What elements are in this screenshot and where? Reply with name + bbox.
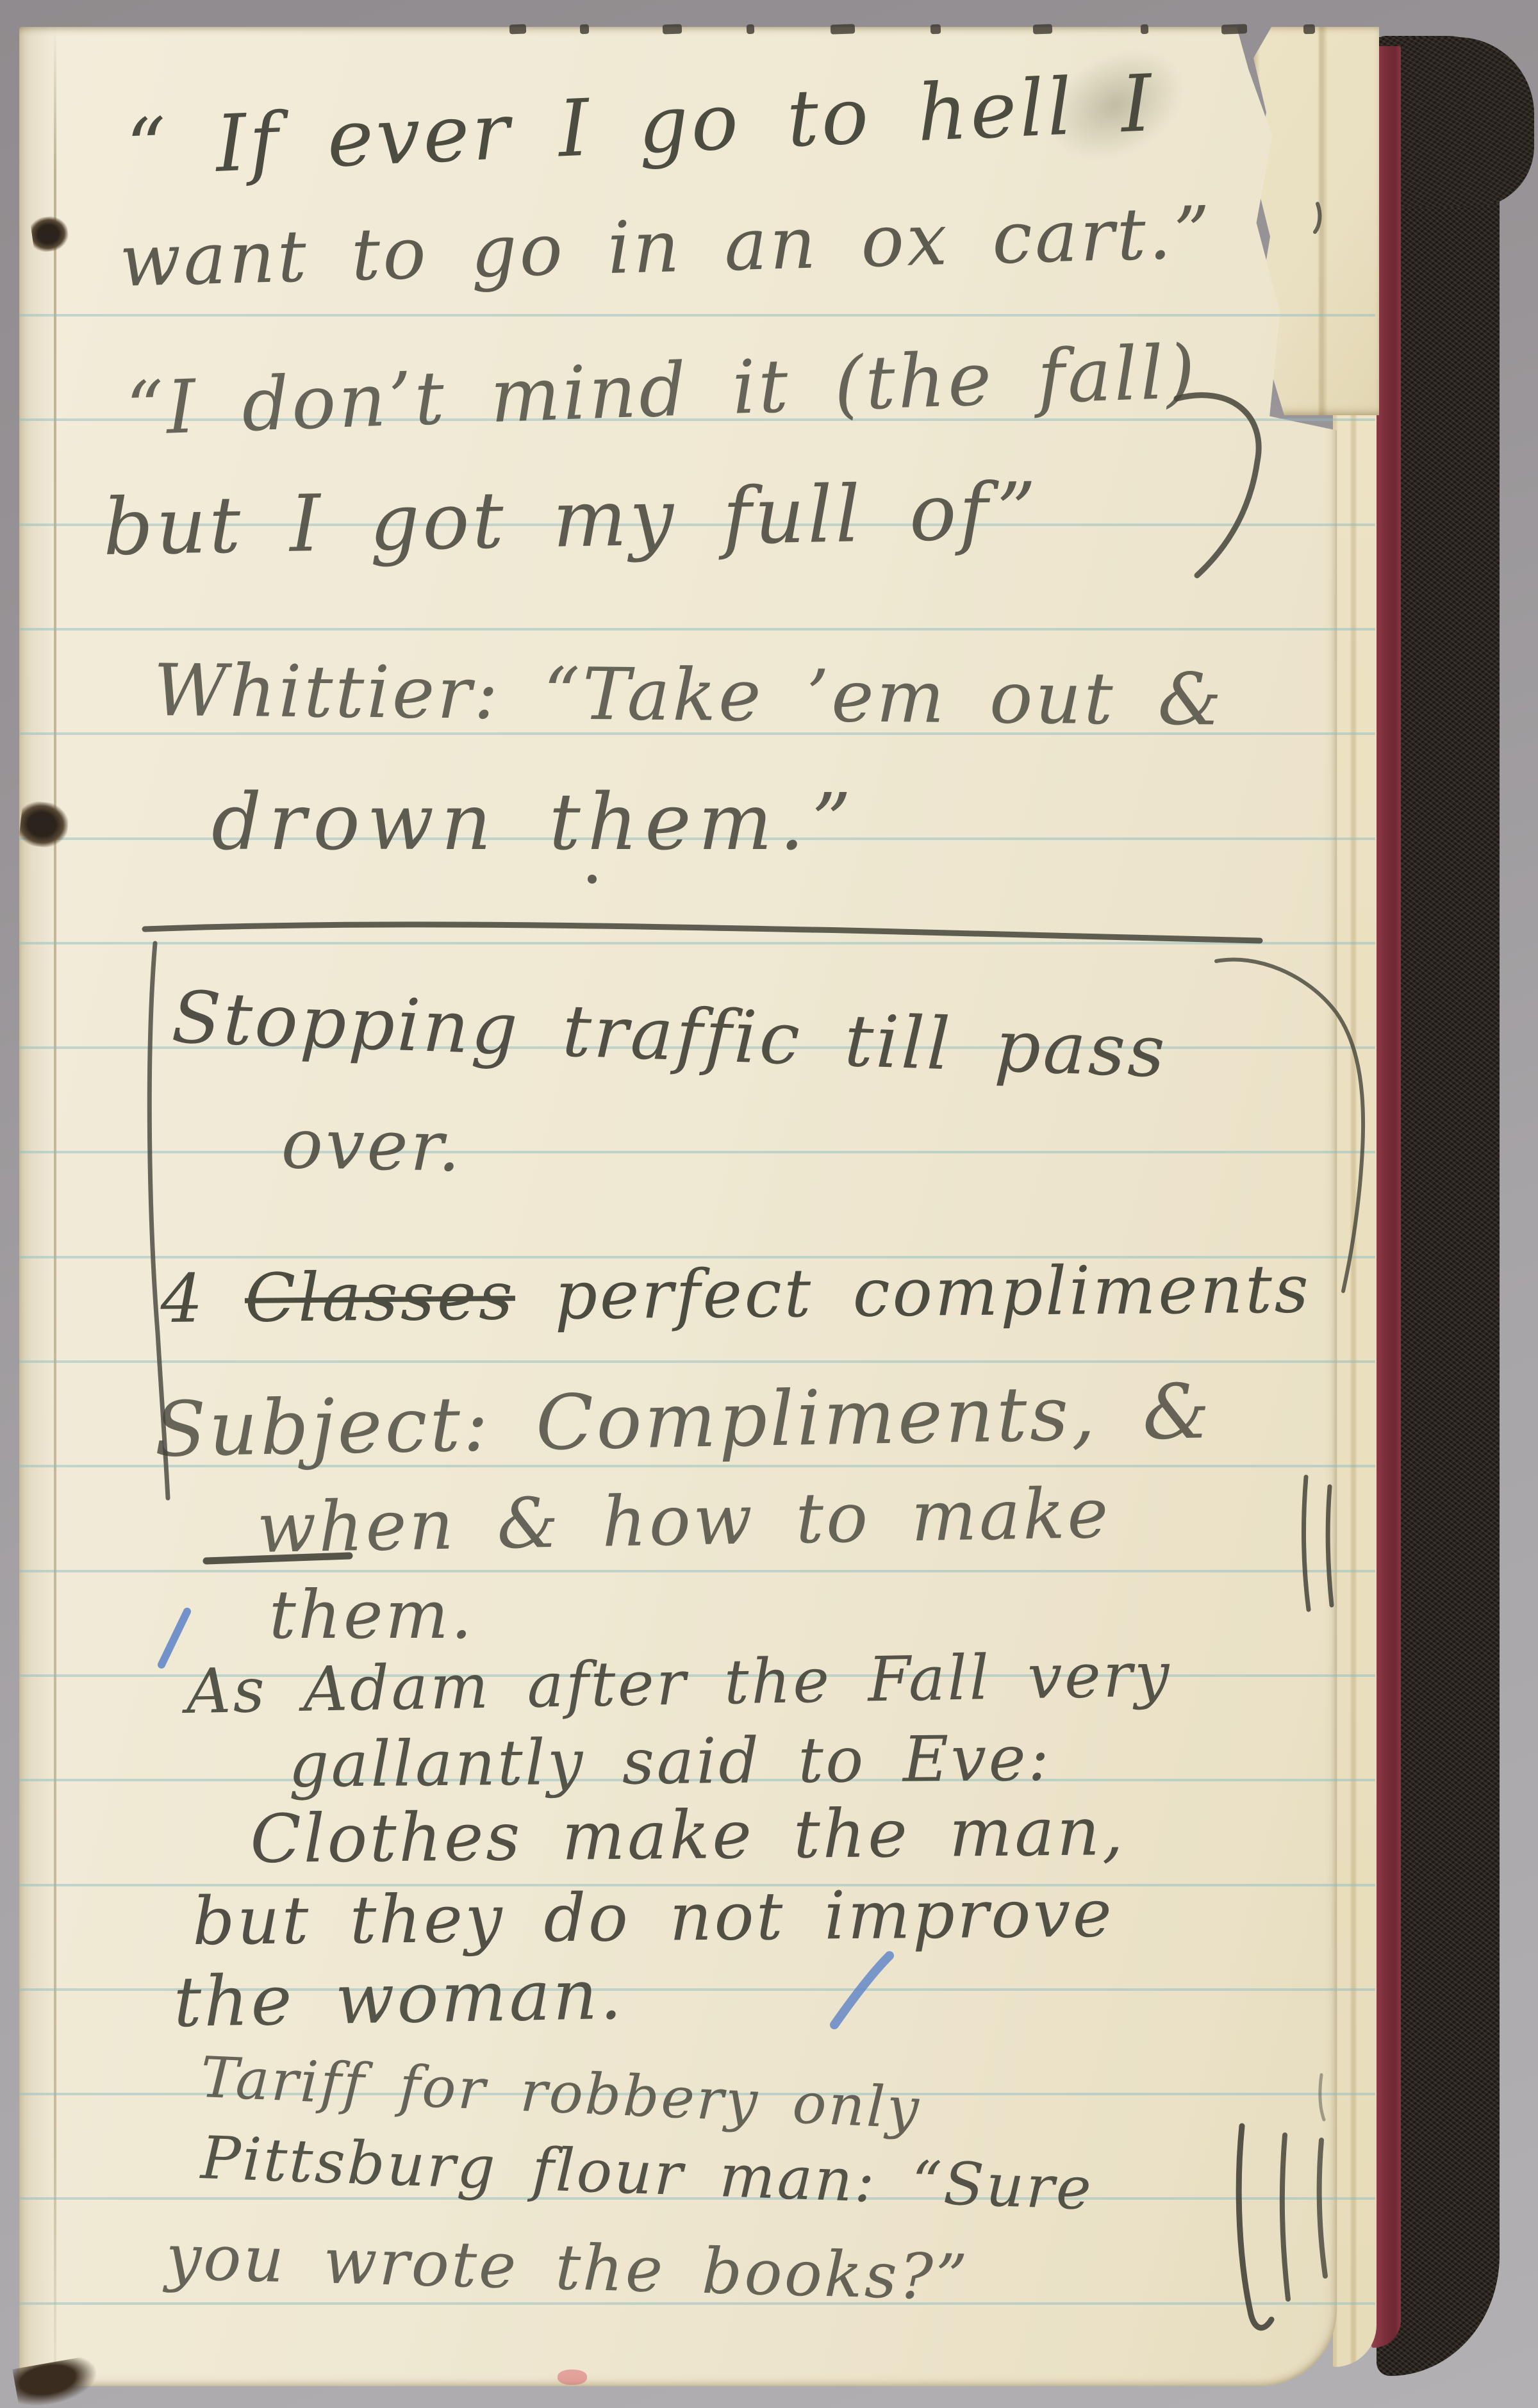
ruled-line [19, 1151, 1375, 1153]
ruled-line [19, 628, 1375, 631]
margin-stroke [1282, 2135, 1288, 2299]
page-edge-ink-fragment [1141, 24, 1149, 34]
section-bracket-right [1216, 960, 1363, 1291]
torn-corner-under-page [1251, 27, 1379, 415]
binding-fray [12, 2355, 100, 2408]
handwritten-line: Pittsburg flour man: “Sure [200, 2129, 1095, 2219]
handwritten-line: when & how to make [256, 1480, 1111, 1563]
page-edge-ink-fragment [831, 24, 856, 34]
dash-mark [206, 1556, 349, 1561]
section-bracket-left [149, 943, 168, 1498]
page-edge-ink-fragment [747, 24, 755, 34]
page-edge-ink-fragment [1221, 24, 1247, 34]
heading-rest: perfect compliments [515, 1249, 1311, 1335]
page-edge-ink-fragment [1303, 24, 1316, 35]
ruled-line [19, 1046, 1375, 1049]
ruled-line [19, 2093, 1375, 2095]
stitch-hole [19, 800, 70, 849]
ruled-line [19, 2302, 1375, 2305]
handwritten-line: Tariff for robbery only [199, 2049, 922, 2137]
ruled-line [19, 524, 1375, 526]
ruled-line [19, 2197, 1375, 2200]
handwritten-line: “I don’t mind it (the fall) [125, 336, 1199, 447]
ruled-line [19, 1570, 1375, 1572]
handwritten-line: gallantly said to Eve: [288, 1728, 1052, 1797]
ink-marks-layer [0, 0, 1538, 2408]
blue-pencil-slash [834, 1956, 889, 2025]
page-edge-ink-fragment [580, 24, 590, 34]
red-edge-glimpse [558, 2370, 587, 2385]
handwritten-line: Stopping traffic till pass [170, 982, 1168, 1088]
closing-brace-mark [1177, 395, 1259, 575]
page-edge-ink-fragments [0, 0, 1538, 38]
handwritten-line: the woman. [173, 1961, 625, 2038]
ruled-line [19, 942, 1375, 944]
ruled-line [19, 1988, 1375, 1991]
margin-stroke [1319, 2140, 1325, 2276]
ruled-line [19, 1360, 1375, 1363]
page-edge-ink-fragment [1033, 24, 1053, 34]
blue-pencil-slash [161, 1612, 187, 1665]
handwritten-line: “ If ever I go to hell I [125, 64, 1156, 187]
ruled-lines [19, 0, 1375, 2408]
handwritten-line: drown them.” [211, 783, 858, 861]
page-fore-edge-stack [1333, 29, 1377, 2367]
ruled-line [19, 1465, 1375, 1467]
double-tick-mark [1304, 1477, 1309, 1610]
handwritten-line: Whittier: “Take ’em out & [153, 655, 1225, 736]
struck-word: Classes [244, 1257, 515, 1337]
ruled-line [19, 418, 1375, 421]
double-tick-mark [1328, 1487, 1332, 1605]
page-edge-ink-fragment [930, 24, 941, 35]
scanned-notebook-photo: { "colors": { "ink": "#45443a", "blue": … [0, 0, 1538, 2408]
handwritten-line: As Adam after the Fall very [186, 1644, 1172, 1722]
handwritten-line: Subject: Compliments, & [154, 1373, 1213, 1467]
ink-smudge [1029, 27, 1202, 182]
stray-period-dot [588, 875, 597, 884]
notebook-page [19, 27, 1337, 2386]
handwritten-line: you wrote the books?” [165, 2226, 970, 2310]
ruled-line [19, 1256, 1375, 1258]
red-page-edges [1371, 46, 1401, 2348]
tear-ink-mark [1315, 204, 1319, 232]
book-binding-top-corner [1357, 37, 1534, 208]
handwritten-line: want to go in an ox cart.” [119, 197, 1214, 297]
ruled-line [19, 1779, 1375, 1781]
book-binding-cloth [1377, 36, 1500, 2376]
ruled-line [19, 732, 1375, 735]
gutter-crease [54, 28, 56, 2381]
handwritten-line: them. [269, 1581, 474, 1648]
faint-tick-mark [1320, 2075, 1324, 2120]
handwritten-line: but I got my full of” [103, 472, 1040, 566]
heading-number: 4 [160, 1259, 245, 1338]
pencil-divider-line [145, 925, 1260, 941]
handwritten-line-compliments-heading: 4 Classes perfect compliments [160, 1255, 1311, 1332]
ruled-line [19, 837, 1375, 840]
ruled-line [19, 314, 1375, 317]
ruled-line [19, 1674, 1375, 1677]
page-edge-ink-fragment [663, 24, 682, 34]
stitch-hole [30, 214, 70, 253]
page-edge-ink-fragment [509, 24, 527, 35]
margin-stroke [1239, 2126, 1271, 2328]
handwriting-layer: “ If ever I go to hell I want to go in a… [0, 0, 1538, 2408]
handwritten-line: over. [281, 1110, 463, 1182]
handwritten-line: but they do not improve [192, 1881, 1114, 1955]
handwritten-line: Clothes make the man, [250, 1798, 1126, 1872]
ruled-line [19, 1884, 1375, 1886]
